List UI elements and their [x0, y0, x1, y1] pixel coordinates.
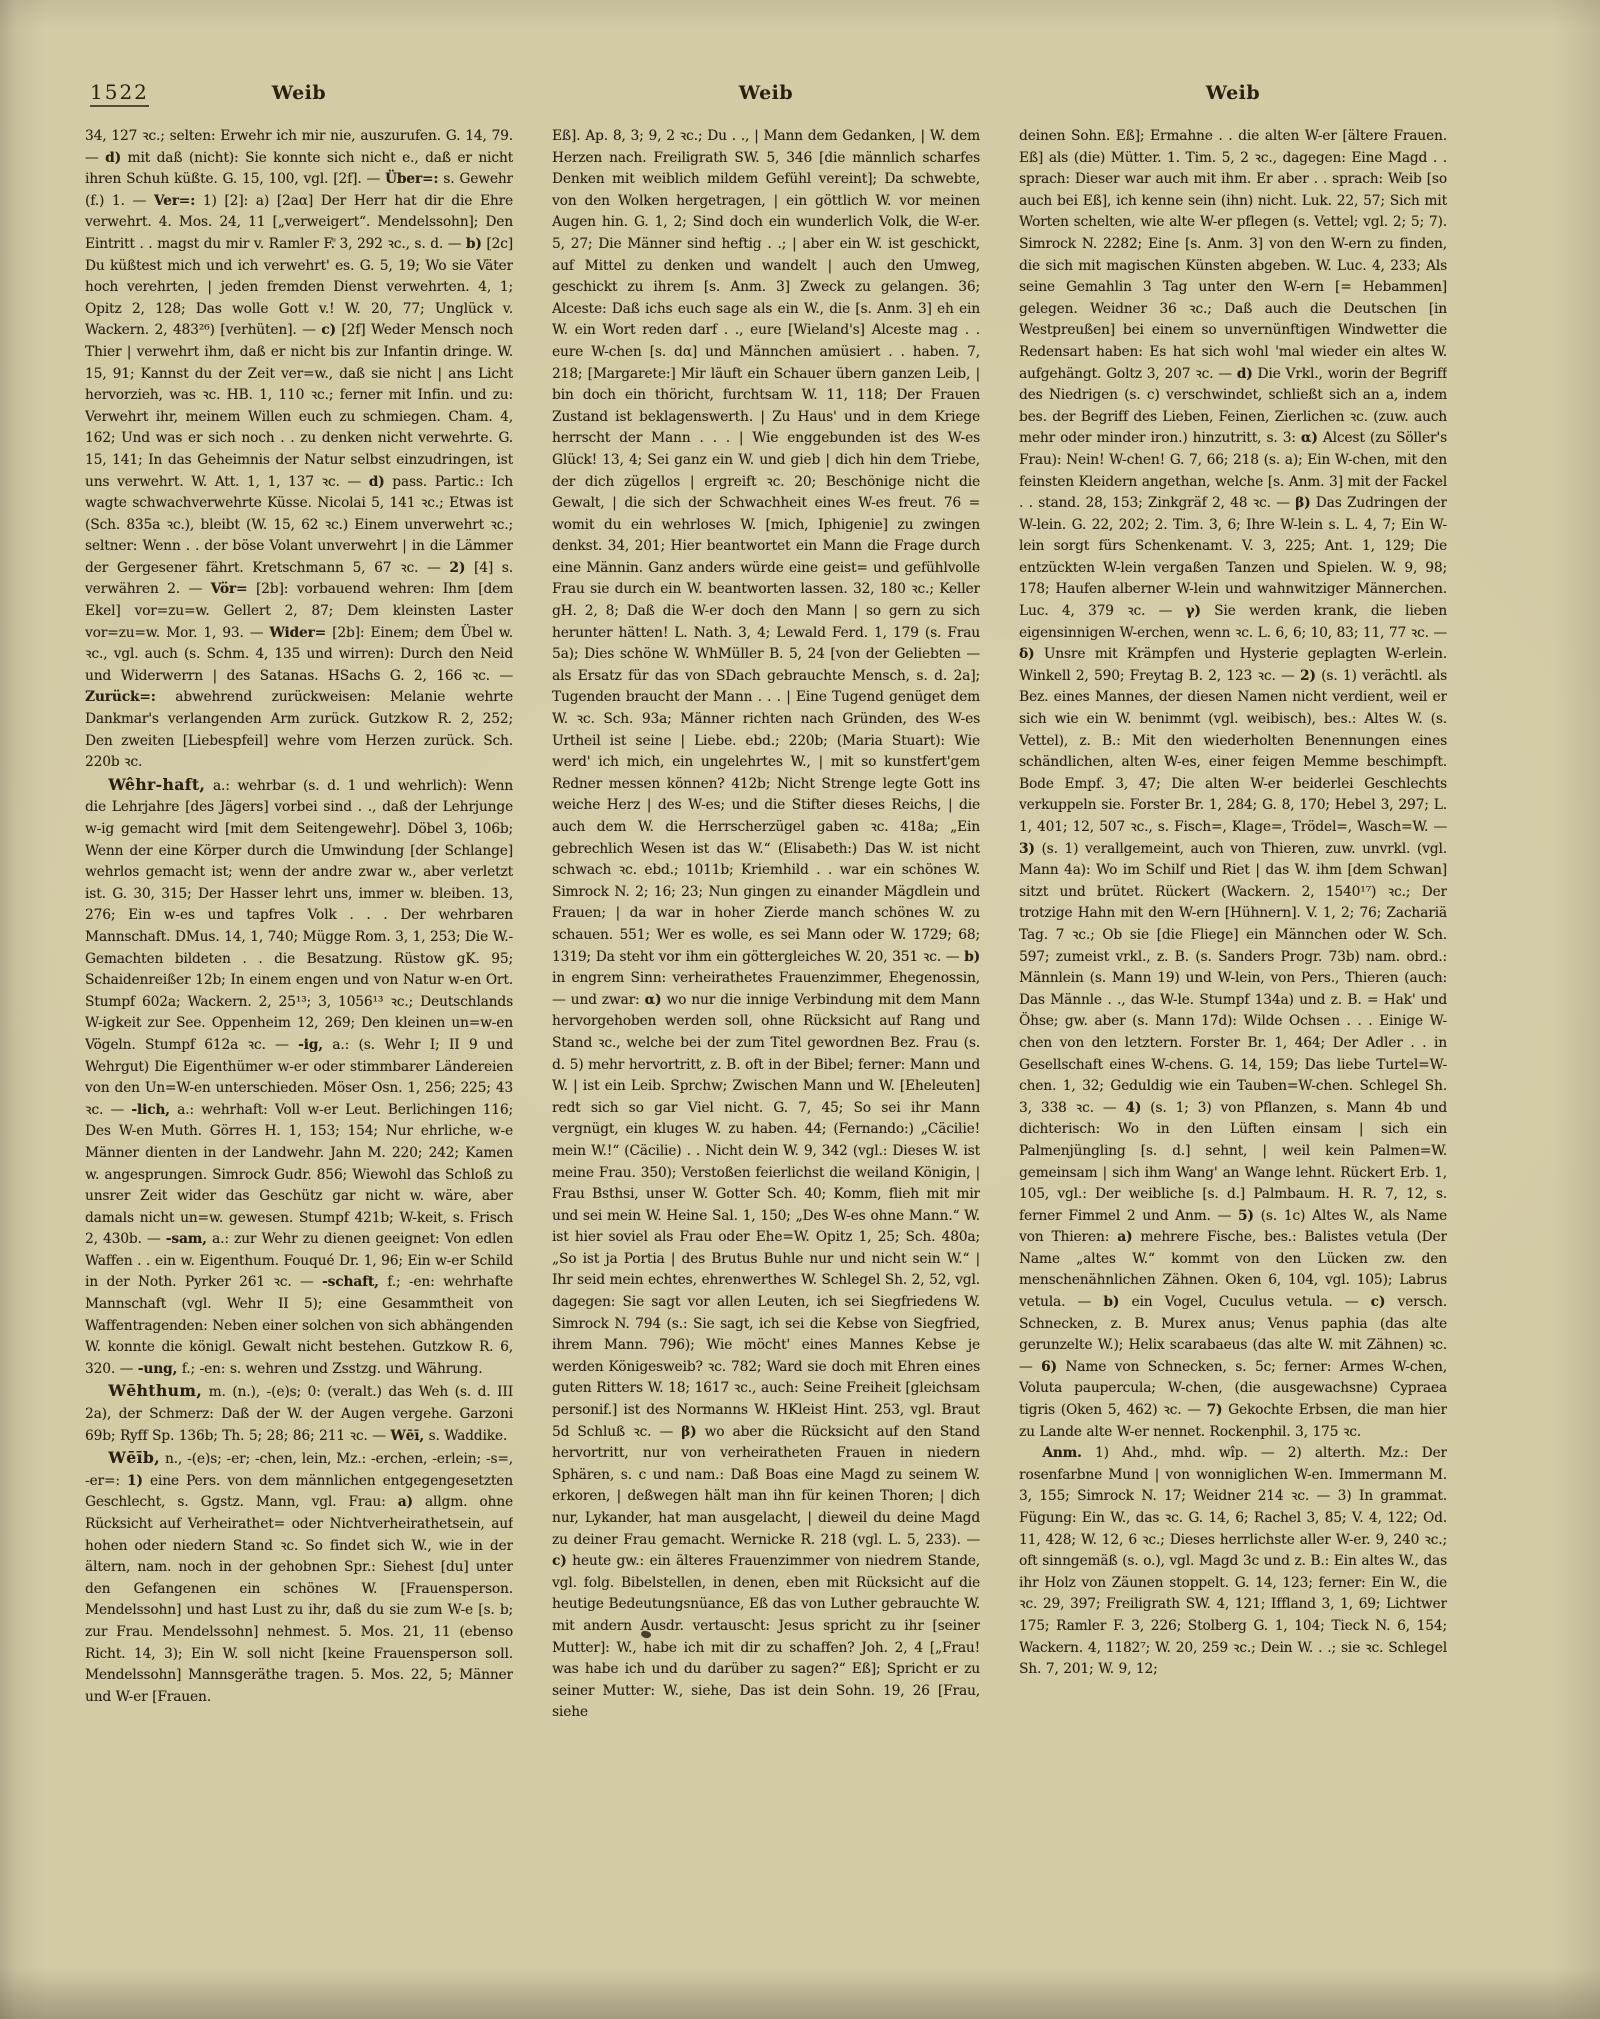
bold-marker: 5) [1238, 1208, 1254, 1224]
bold-marker: b) [1103, 1294, 1119, 1310]
bold-marker: γ) [1185, 603, 1200, 619]
bold-marker: -ung, [138, 1361, 177, 1377]
bold-marker: Zurück=: [85, 689, 156, 705]
bold-marker: -sam, [166, 1231, 207, 1247]
bold-marker: Wēī, [390, 1428, 424, 1444]
text-run: (s. 1; 3) von Pflanzen, s. Mann 4b und d… [1019, 1100, 1447, 1224]
text-run: 1) Ahd., mhd. wîp. — 2) alterth. Mz.: De… [1019, 1445, 1447, 1677]
bold-marker: 2) [1300, 668, 1316, 684]
bold-marker: d) [1237, 366, 1253, 382]
entry-weib: Wēīb, n., -(e)s; -er; -chen, lein, Mz.: … [85, 1447, 513, 1708]
text-run: a.: wehrhaft: Voll w-er Leut. Berliching… [85, 1102, 513, 1248]
ink-speck [332, 238, 336, 242]
bold-marker: α) [1301, 430, 1318, 446]
text-run: ein Vogel, Cuculus vetula. — [1119, 1294, 1370, 1310]
bold-marker: Wēhthum, [108, 1381, 202, 1400]
bold-marker: Wēīb, [108, 1448, 160, 1467]
text-column-1: 34, 127 ꝛc.; selten: Erwehr ich mir nie,… [85, 126, 513, 2006]
text-column-3: deinen Sohn. Eß]; Ermahne . . die alten … [1019, 126, 1447, 2006]
bold-marker: a) [1117, 1229, 1132, 1245]
text-column-2: Eß]. Ap. 8, 3; 9, 2 ꝛc.; Du . ., | Mann … [552, 126, 980, 2006]
bold-marker: a) [398, 1494, 413, 1510]
running-head-column-3: Weib [1019, 82, 1447, 104]
entry-weib-anmerkung: Anm. 1) Ahd., mhd. wîp. — 2) alterth. Mz… [1019, 1443, 1447, 1681]
bold-marker: d) [105, 150, 121, 166]
bold-marker: -schaft, [322, 1274, 379, 1290]
bold-marker: 3) [1019, 841, 1035, 857]
bold-marker: 1) [127, 1473, 143, 1489]
bold-marker: d) [369, 474, 385, 490]
bold-marker: Wêhr-haft, [108, 775, 205, 794]
bold-marker: β) [681, 1424, 696, 1440]
text-run: f.; -en: s. wehren und Zsstzg. und Währu… [177, 1361, 482, 1377]
dictionary-page-scan: { "page": { "number": "1522", "running_h… [0, 0, 1600, 2019]
bold-marker: α) [645, 992, 662, 1008]
bold-marker: 4) [1125, 1100, 1141, 1116]
text-run: [2f] Weder Mensch noch Thier | verwehrt … [85, 322, 513, 489]
text-run: s. Waddike. [424, 1428, 507, 1444]
bold-marker: Ver=: [154, 193, 195, 209]
bold-marker: b) [466, 236, 482, 252]
bold-marker: c) [552, 1553, 567, 1569]
text-run: (s. 1) verächtl. als Bez. eines Mannes, … [1019, 668, 1447, 835]
bold-marker: 2) [449, 560, 465, 576]
entry-wehr-haft: Wêhr-haft, a.: wehrbar (s. d. 1 und wehr… [85, 774, 513, 1381]
text-run: Das Zudringen der W-lein. G. 22, 202; 2.… [1019, 495, 1447, 619]
bold-marker: b) [964, 949, 980, 965]
bold-marker: -ig, [298, 1037, 323, 1053]
text-run: allgm. ohne Rücksicht auf Verheirathet= … [85, 1494, 513, 1704]
bold-marker: β) [1295, 495, 1310, 511]
bold-marker: Anm. [1042, 1445, 1081, 1461]
bold-marker: c) [1371, 1294, 1386, 1310]
text-run: (s. 1) verallgemeint, auch von Thieren, … [1019, 841, 1447, 1116]
text-run: deinen Sohn. Eß]; Ermahne . . die alten … [1019, 128, 1447, 382]
bold-marker: -lich, [131, 1102, 170, 1118]
entry-wehthum: Wēhthum, m. (n.), -(e)s; 0: (veralt.) da… [85, 1380, 513, 1447]
bold-marker: δ) [1019, 646, 1034, 662]
text-run: wo aber die Rücksicht auf den Stand herv… [552, 1424, 980, 1548]
text-run: a.: wehrbar (s. d. 1 und wehrlich): Wenn… [85, 778, 513, 1053]
text-run: Eß]. Ap. 8, 3; 9, 2 ꝛc.; Du . ., | Mann … [552, 128, 980, 965]
running-head-column-1: Weib [85, 82, 513, 104]
text-columns: 34, 127 ꝛc.; selten: Erwehr ich mir nie,… [85, 126, 1447, 2006]
bold-marker: 6) [1041, 1359, 1057, 1375]
bold-marker: Über=: [385, 171, 438, 187]
entry-weib-continuation-2: deinen Sohn. Eß]; Ermahne . . die alten … [1019, 126, 1447, 1443]
entry-wehren-continuation: 34, 127 ꝛc.; selten: Erwehr ich mir nie,… [85, 126, 513, 774]
entry-weib-continuation: Eß]. Ap. 8, 3; 9, 2 ꝛc.; Du . ., | Mann … [552, 126, 980, 1724]
text-run: heute gw.: ein älteres Frauenzimmer von … [552, 1553, 980, 1720]
running-head-column-2: Weib [552, 82, 980, 104]
bold-marker: Vör= [211, 581, 248, 597]
bold-marker: c) [321, 322, 336, 338]
bold-marker: 7) [1207, 1402, 1223, 1418]
text-run: wo nur die innige Verbindung mit dem Man… [552, 992, 980, 1440]
running-heads: Weib Weib Weib [85, 82, 1447, 104]
bold-marker: Wider= [269, 625, 326, 641]
